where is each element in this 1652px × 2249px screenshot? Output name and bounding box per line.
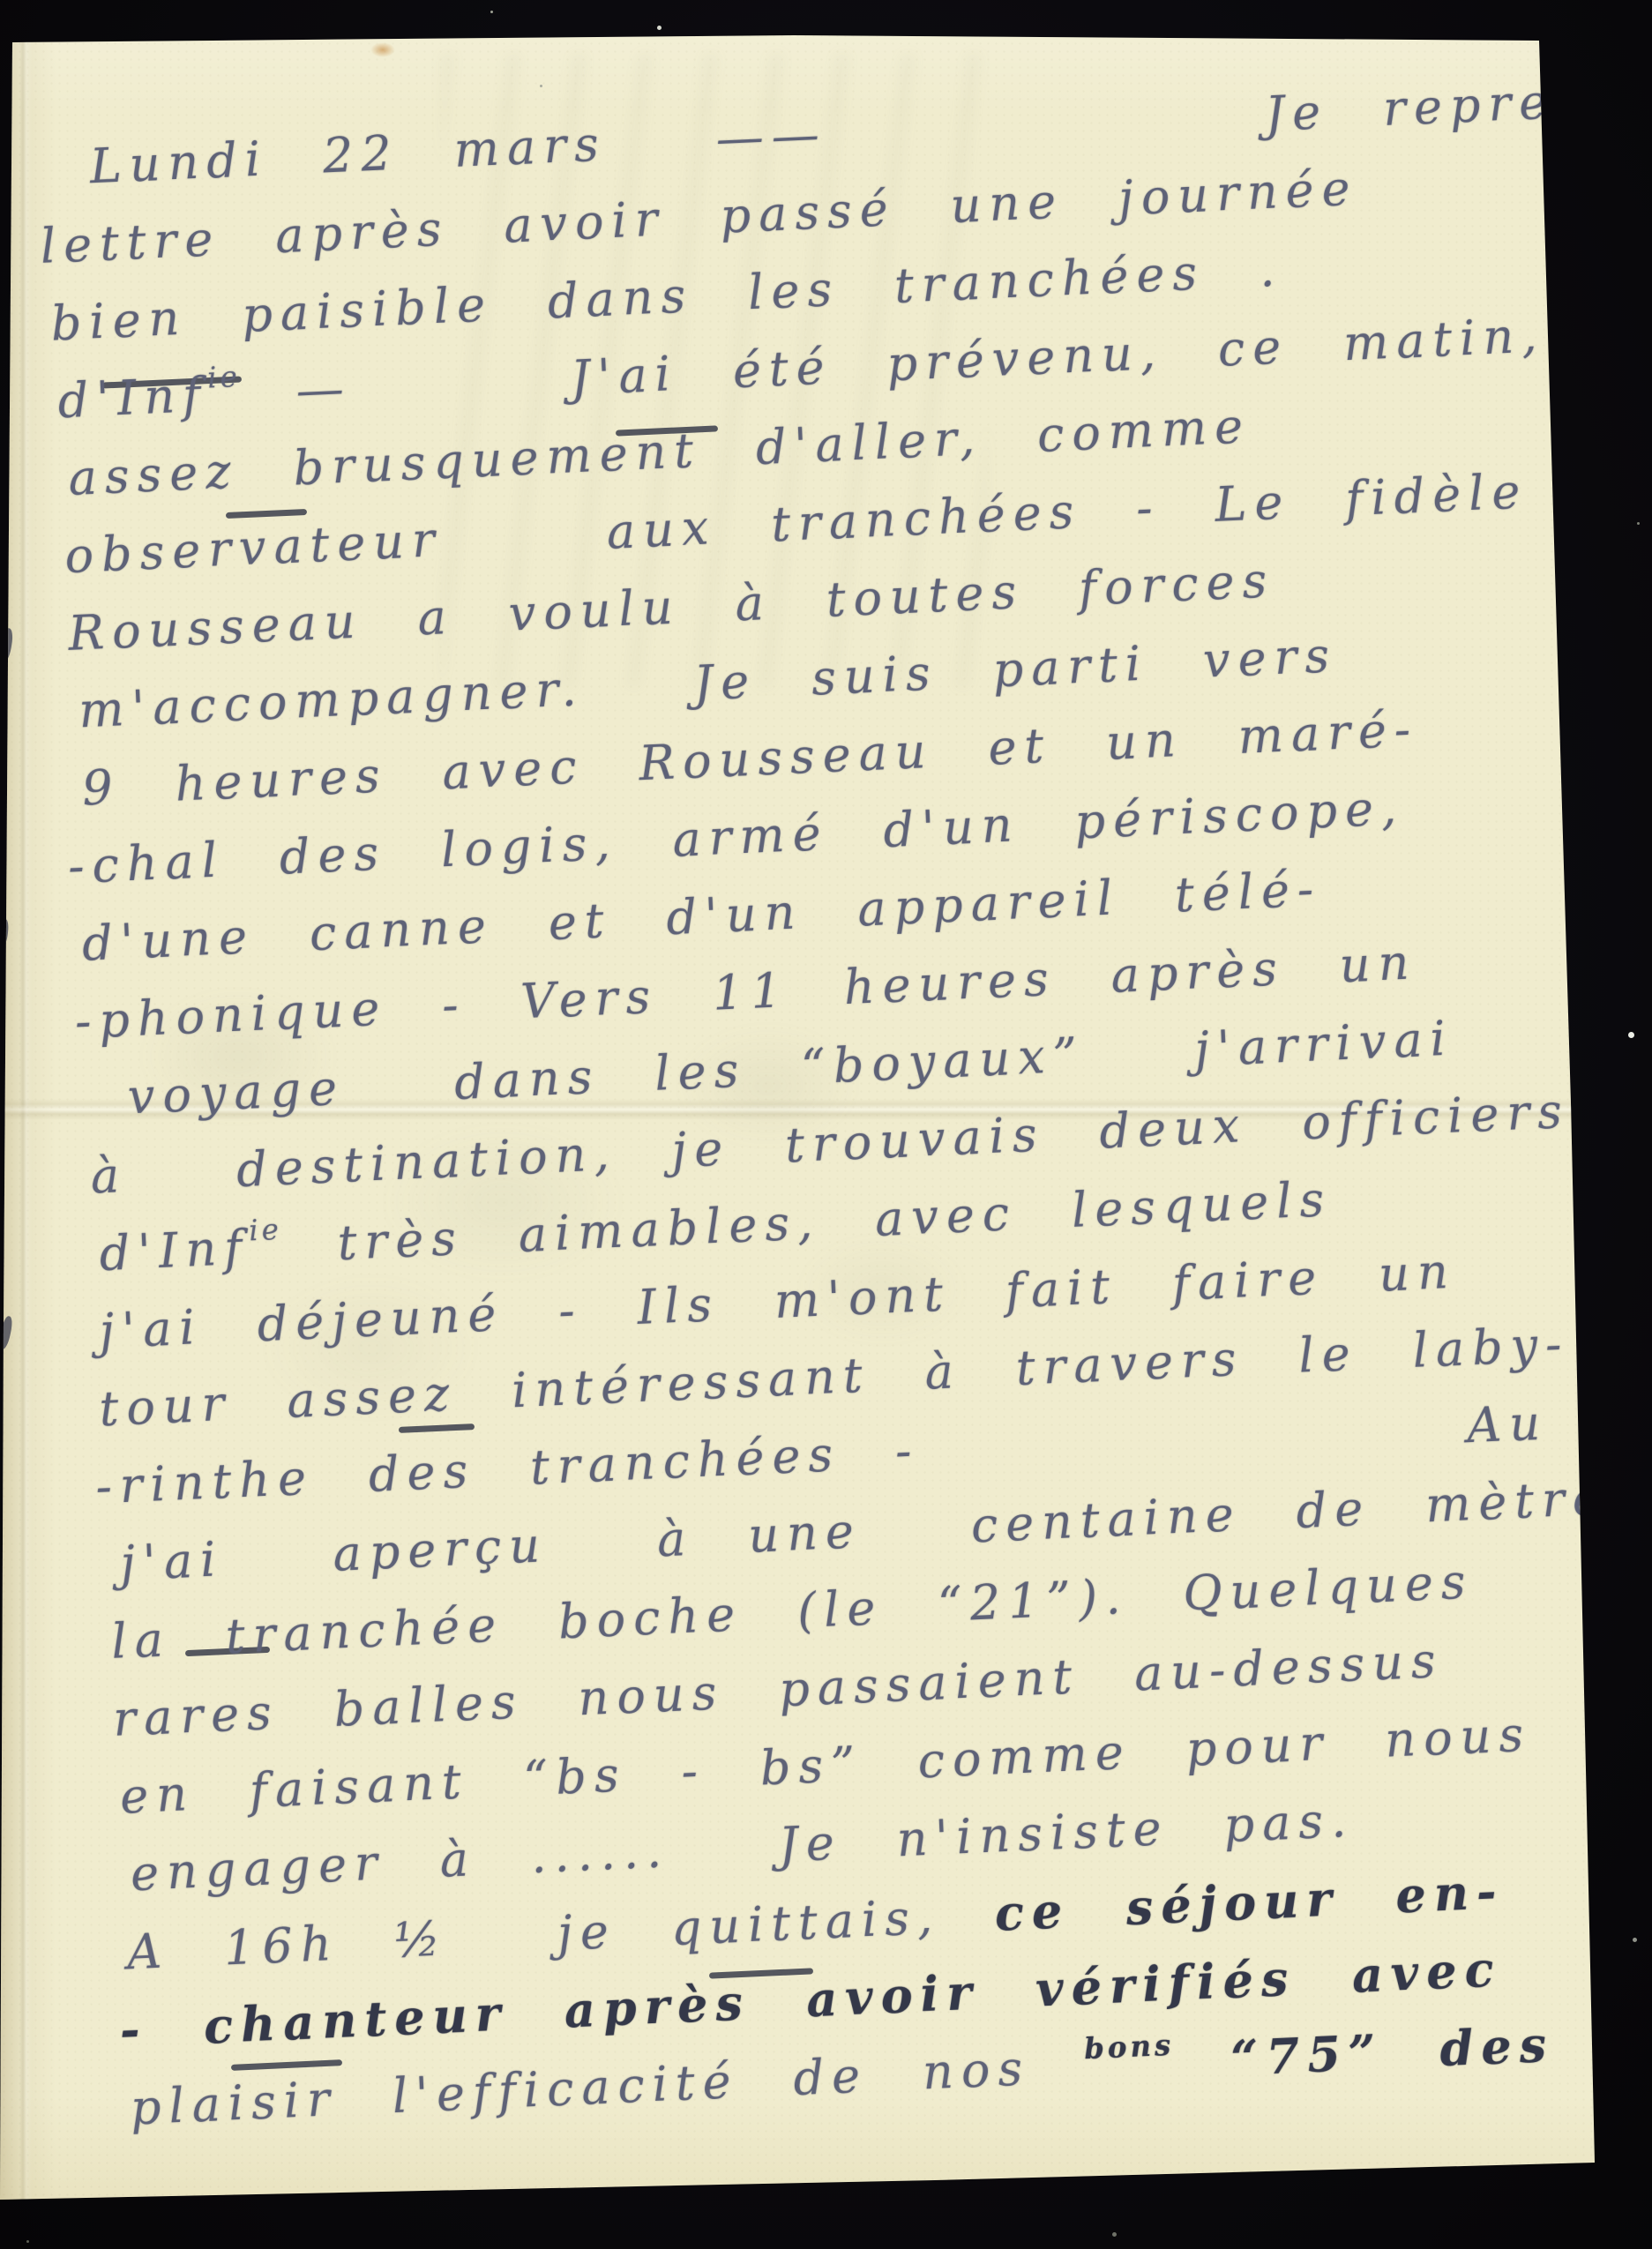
text-segment: d'Inf bbox=[98, 1219, 250, 1281]
text-segment: ce séjour en- bbox=[993, 1863, 1505, 1942]
paper-stain bbox=[370, 42, 395, 57]
dust-specks bbox=[0, 0, 3, 3]
text-segment: d'Inf bbox=[56, 367, 209, 430]
inserted-word: bons bbox=[1082, 2006, 1176, 2088]
edge-ink-mark bbox=[0, 1315, 14, 1349]
handwritten-text: Lundi 22 mars —— Je reprends malettre ap… bbox=[35, 63, 1641, 2146]
edge-ink-mark bbox=[0, 627, 14, 664]
letter-page: Lundi 22 mars —— Je reprends malettre ap… bbox=[0, 0, 1652, 2249]
edge-ink-mark bbox=[0, 919, 10, 946]
inserted-word: ie bbox=[247, 1191, 283, 1270]
inserted-word: ie bbox=[206, 338, 242, 417]
scan-background: Lundi 22 mars —— Je reprends malettre ap… bbox=[0, 0, 1652, 2249]
